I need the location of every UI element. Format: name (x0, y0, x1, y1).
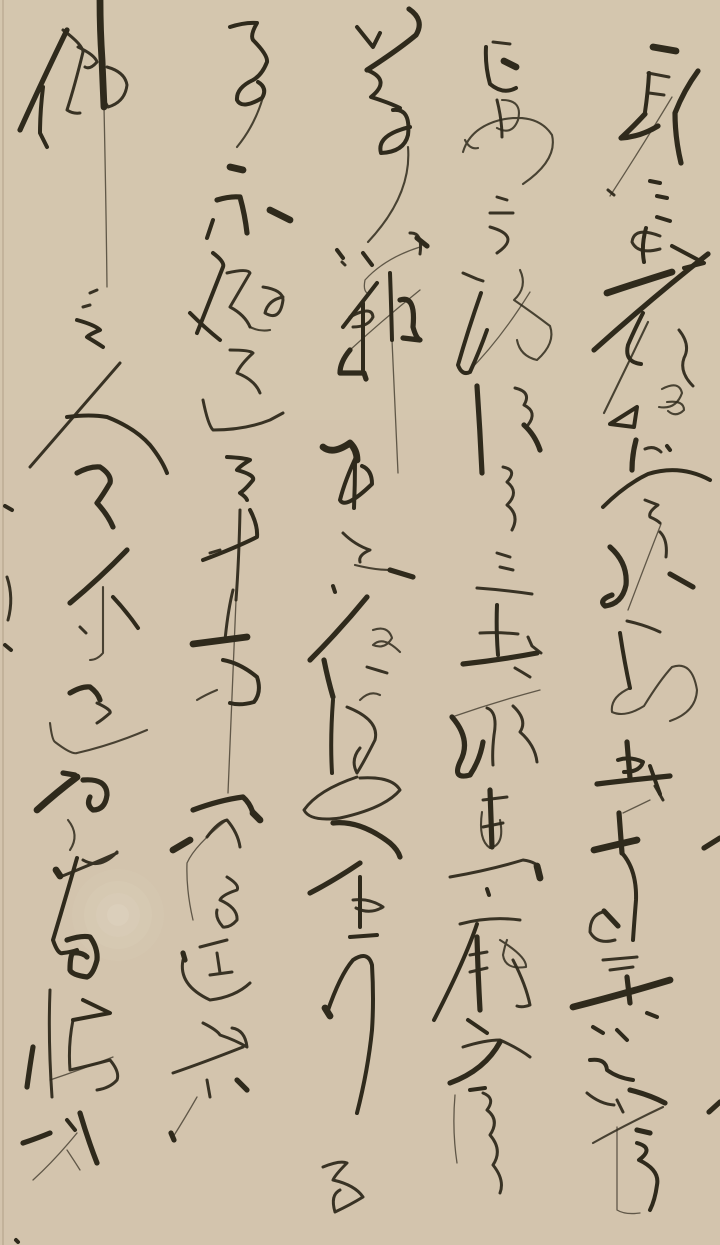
brush-stroke (56, 870, 60, 876)
brush-stroke (493, 42, 510, 44)
brush-stroke (333, 586, 335, 592)
brush-stroke (497, 605, 498, 655)
calligraphy-canvas: 其 若 是 也 (0, 0, 720, 1245)
brush-stroke (477, 937, 480, 1010)
brush-stroke (653, 47, 676, 51)
brush-stroke (230, 167, 243, 170)
calligraphy-scan: 其 若 是 也 (0, 0, 720, 1245)
paper-light-spot (72, 869, 164, 961)
brush-stroke (637, 1130, 650, 1133)
brush-stroke (331, 700, 333, 773)
paper-seam (2, 0, 4, 1245)
light-spot-ring (107, 904, 129, 926)
brush-stroke (619, 813, 622, 853)
paper-tone-top (0, 0, 720, 420)
brush-stroke (470, 1088, 485, 1090)
brush-stroke (627, 977, 630, 1003)
